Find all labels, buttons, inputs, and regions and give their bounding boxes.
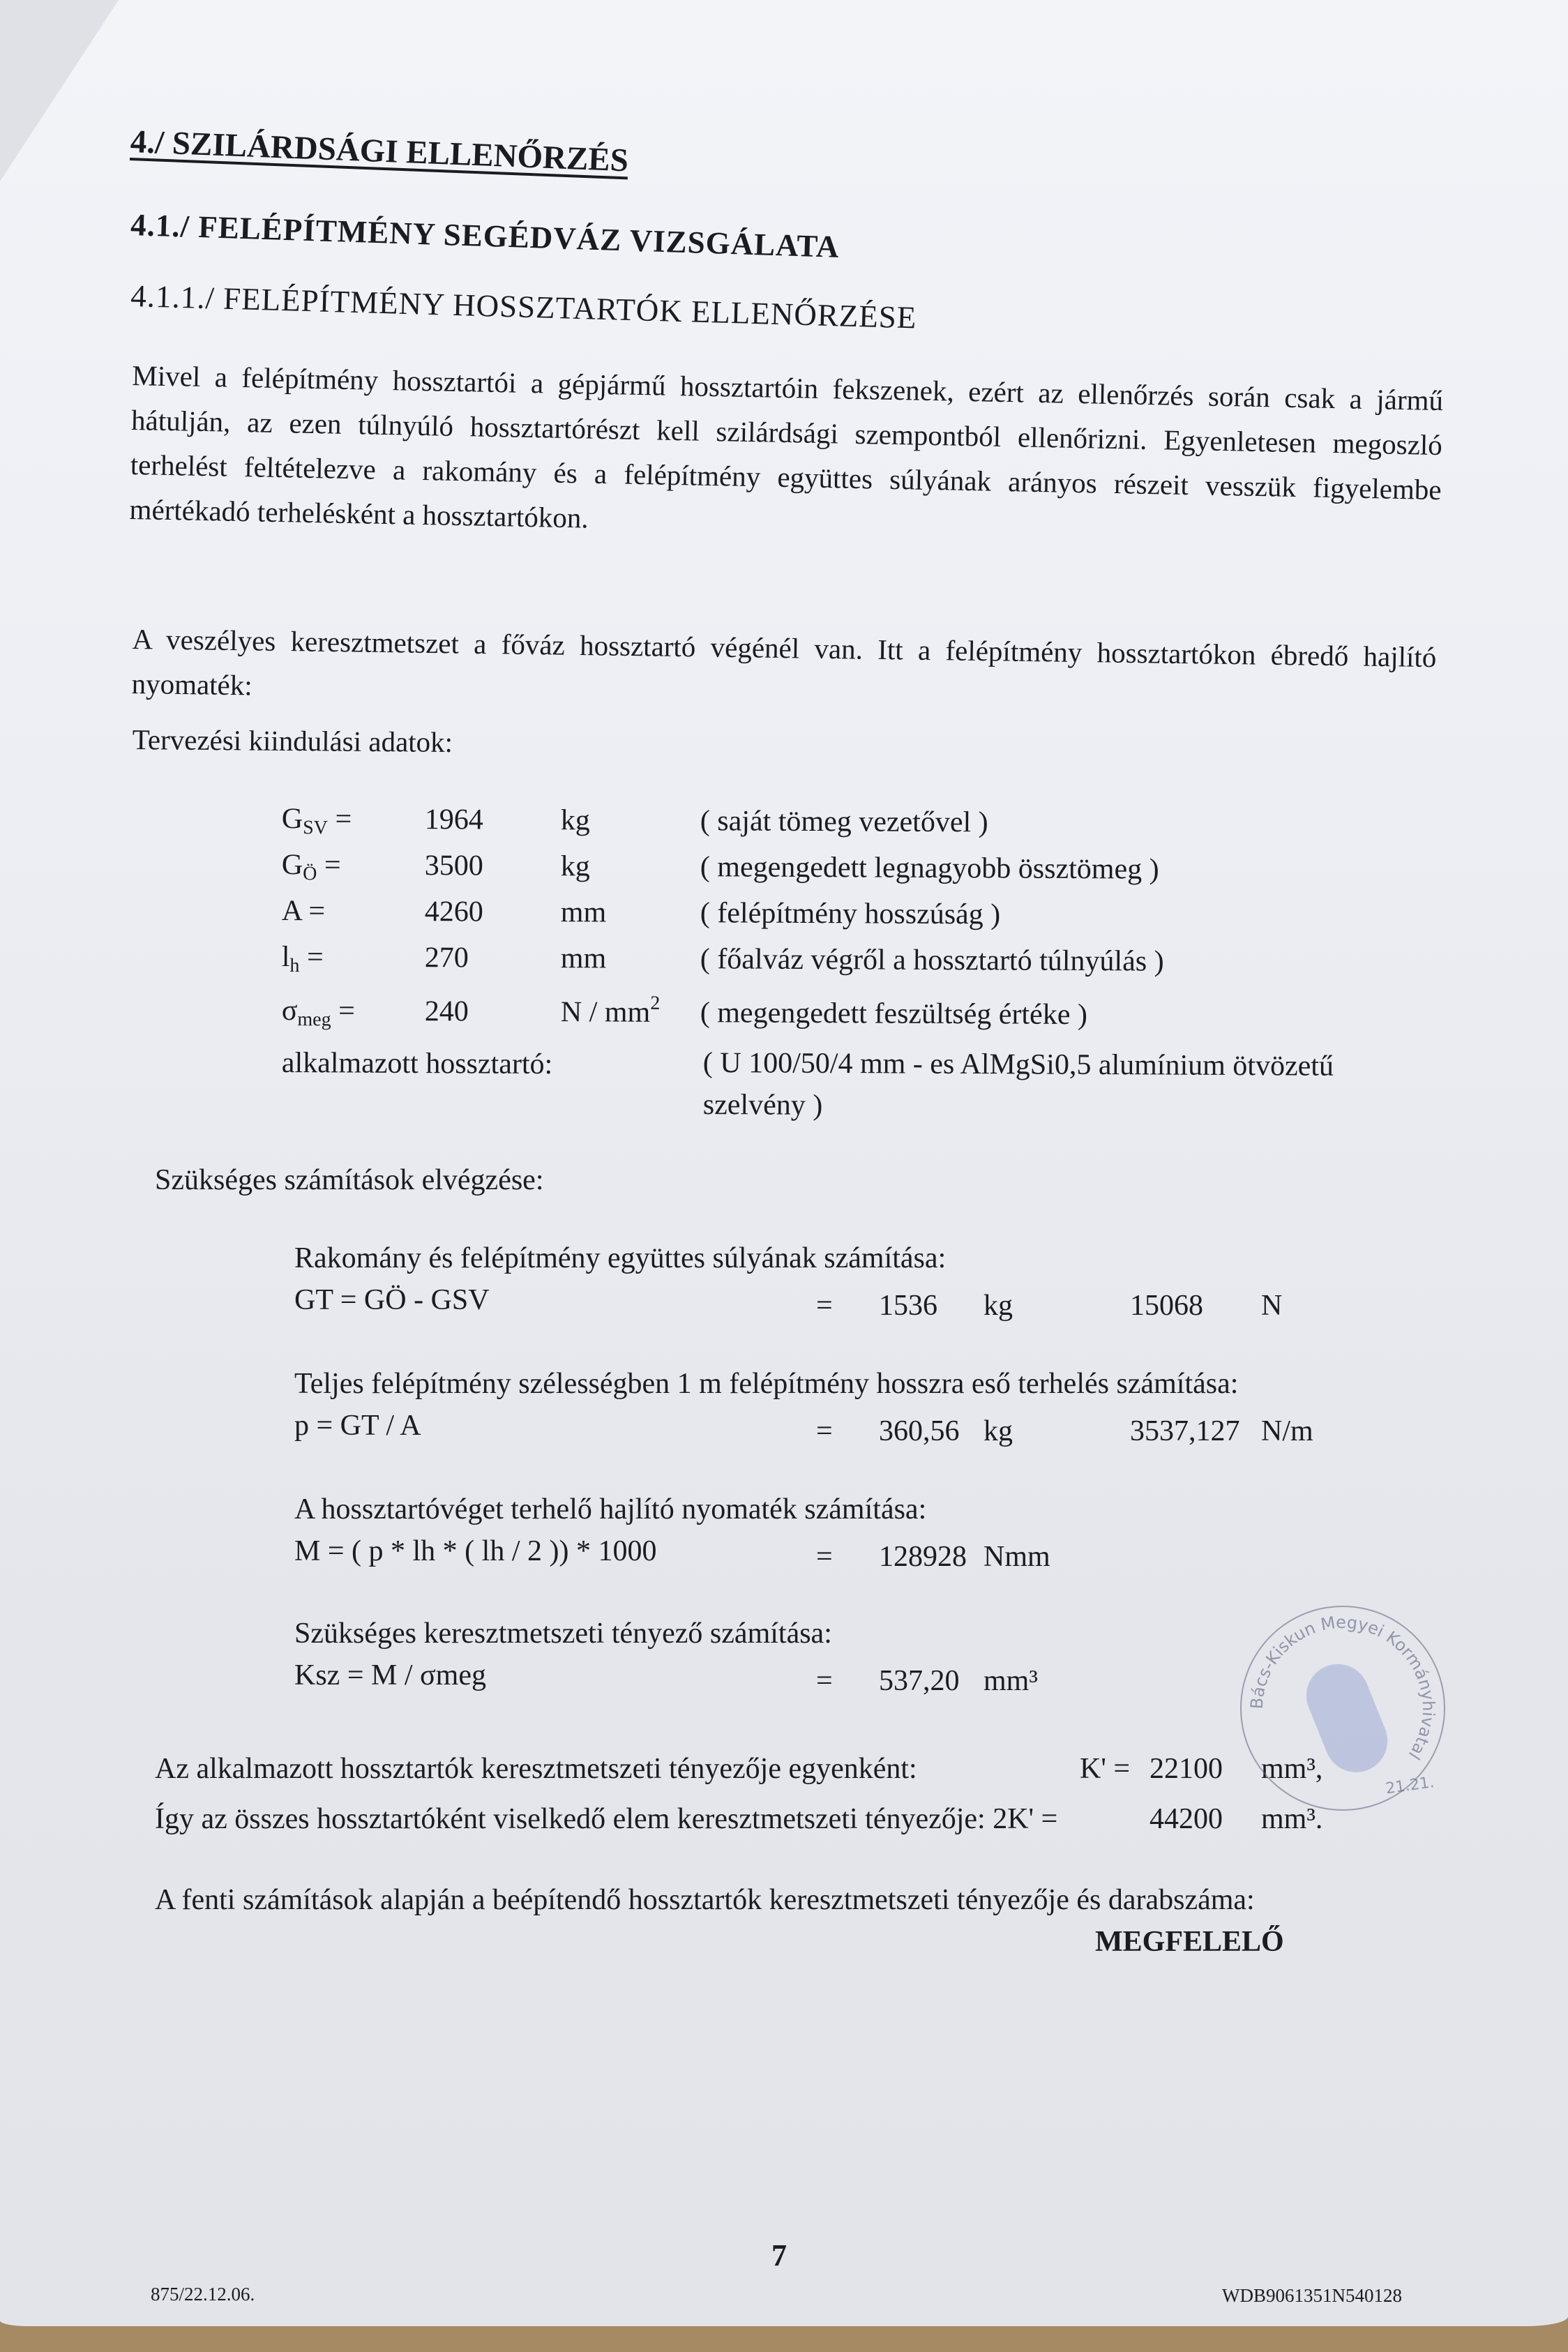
param-note: ( saját tömeg vezetővel ) xyxy=(700,805,988,838)
param-unit: mm xyxy=(561,896,700,930)
param-unit: kg xyxy=(561,804,700,838)
design-data-label: Tervezési kiindulási adatok: xyxy=(132,717,1443,773)
single-modulus-value: 22100 xyxy=(1149,1752,1223,1786)
design-data-row: GSV =1964kg( saját tömeg vezetővel ) xyxy=(282,802,988,843)
calculations-heading: Szükséges számítások elvégzése: xyxy=(155,1163,543,1197)
param-note: ( főalváz végről a hossztartó túlnyúlás … xyxy=(700,943,1164,977)
footer-reference: 875/22.12.06. xyxy=(151,2284,255,2305)
calc-unit: Nmm xyxy=(983,1540,1050,1574)
official-stamp: Bács-Kiskun Megyei Kormányhivatal 21.21. xyxy=(1227,1592,1458,1824)
conclusion-label: A fenti számítások alapján a beépítendő … xyxy=(155,1883,1255,1917)
calc-formula: p = GT / A xyxy=(294,1409,421,1442)
param-note: ( felépítmény hosszúság ) xyxy=(700,897,1001,930)
design-data-row: GÖ =3500kg( megengedett legnagyobb összt… xyxy=(282,848,1159,890)
total-modulus-label: Így az összes hossztartóként viselkedő e… xyxy=(155,1802,1057,1836)
param-value: 270 xyxy=(425,941,561,975)
calc-value: 537,20 xyxy=(879,1664,960,1698)
design-data-row: lh =270mm( főalváz végről a hossztartó t… xyxy=(282,940,1164,982)
single-modulus-symbol: K' = xyxy=(1080,1752,1130,1786)
calc-formula: GT = GÖ - GSV xyxy=(294,1283,490,1317)
param-unit: mm xyxy=(561,942,700,976)
section-heading: 4./ SZILÁRDSÁGI ELLENŐRZÉS xyxy=(130,123,629,179)
total-modulus-value: 44200 xyxy=(1149,1802,1223,1836)
param-note: ( megengedett legnagyobb össztömeg ) xyxy=(700,851,1159,885)
calc-value: 360,56 xyxy=(879,1415,960,1448)
calc-unit-secondary: N/m xyxy=(1261,1415,1313,1448)
calc-equals: = xyxy=(816,1289,833,1322)
calc-unit-secondary: N xyxy=(1261,1289,1282,1322)
design-data-row: A =4260mm( felépítmény hosszúság ) xyxy=(282,894,1001,931)
subsection-heading: 4.1./ FELÉPÍTMÉNY SEGÉDVÁZ VIZSGÁLATA xyxy=(130,206,840,265)
calc-formula: M = ( p * lh * ( lh / 2 )) * 1000 xyxy=(294,1535,656,1568)
intro-paragraph: Mivel a felépítmény hossztartói a gépjár… xyxy=(129,353,1444,557)
calc-title: Teljes felépítmény szélességben 1 m felé… xyxy=(294,1367,1238,1401)
param-unit: N / mm2 xyxy=(561,992,700,1030)
critical-section-paragraph: A veszélyes keresztmetszet a főváz hossz… xyxy=(131,617,1437,724)
document-page: 4./ SZILÁRDSÁGI ELLENŐRZÉS 4.1./ FELÉPÍT… xyxy=(0,0,1568,2326)
calc-value-secondary: 15068 xyxy=(1130,1289,1203,1322)
beam-note-line2: szelvény ) xyxy=(703,1088,823,1122)
param-value: 240 xyxy=(425,995,561,1029)
subsubsection-heading: 4.1.1./ FELÉPÍTMÉNY HOSSZTARTÓK ELLENŐRZ… xyxy=(130,278,917,336)
single-modulus-label: Az alkalmazott hossztartók keresztmetsze… xyxy=(155,1752,917,1786)
calc-unit: kg xyxy=(983,1289,1013,1322)
param-value: 1964 xyxy=(425,803,561,837)
param-symbol: lh = xyxy=(282,940,425,978)
param-symbol: GÖ = xyxy=(282,848,425,886)
footer-vin: WDB9061351N540128 xyxy=(1222,2285,1402,2307)
verdict: MEGFELELŐ xyxy=(1095,1925,1284,1959)
page-number: 7 xyxy=(771,2238,787,2273)
param-note: ( megengedett feszültség értéke ) xyxy=(700,997,1087,1031)
calc-equals: = xyxy=(816,1540,833,1574)
param-value: 4260 xyxy=(425,895,561,929)
calc-title: Rakomány és felépítmény együttes súlyána… xyxy=(294,1242,946,1275)
calc-equals: = xyxy=(816,1664,833,1698)
param-unit: kg xyxy=(561,850,700,884)
param-value: 3500 xyxy=(425,849,561,883)
param-symbol: A = xyxy=(282,894,425,928)
design-data-row: σmeg =240N / mm2( megengedett feszültség… xyxy=(282,990,1087,1035)
param-symbol: σmeg = xyxy=(282,994,425,1032)
calc-unit: mm³ xyxy=(983,1664,1038,1698)
calc-unit: kg xyxy=(983,1415,1013,1448)
calc-value: 128928 xyxy=(879,1540,967,1574)
calc-formula: Ksz = M / σmeg xyxy=(294,1659,486,1692)
page-fold-corner xyxy=(0,0,119,181)
beam-label: alkalmazott hossztartó: xyxy=(282,1046,553,1081)
calc-value: 1536 xyxy=(879,1289,937,1322)
calc-title: A hossztartóvéget terhelő hajlító nyomat… xyxy=(294,1493,926,1526)
param-symbol: GSV = xyxy=(282,802,425,840)
calc-value-secondary: 3537,127 xyxy=(1130,1415,1240,1448)
calc-equals: = xyxy=(816,1415,833,1448)
beam-note-line1: ( U 100/50/4 mm - es AlMgSi0,5 alumínium… xyxy=(703,1046,1334,1083)
calc-title: Szükséges keresztmetszeti tényező számít… xyxy=(294,1617,832,1650)
svg-text:21.21.: 21.21. xyxy=(1385,1774,1435,1797)
